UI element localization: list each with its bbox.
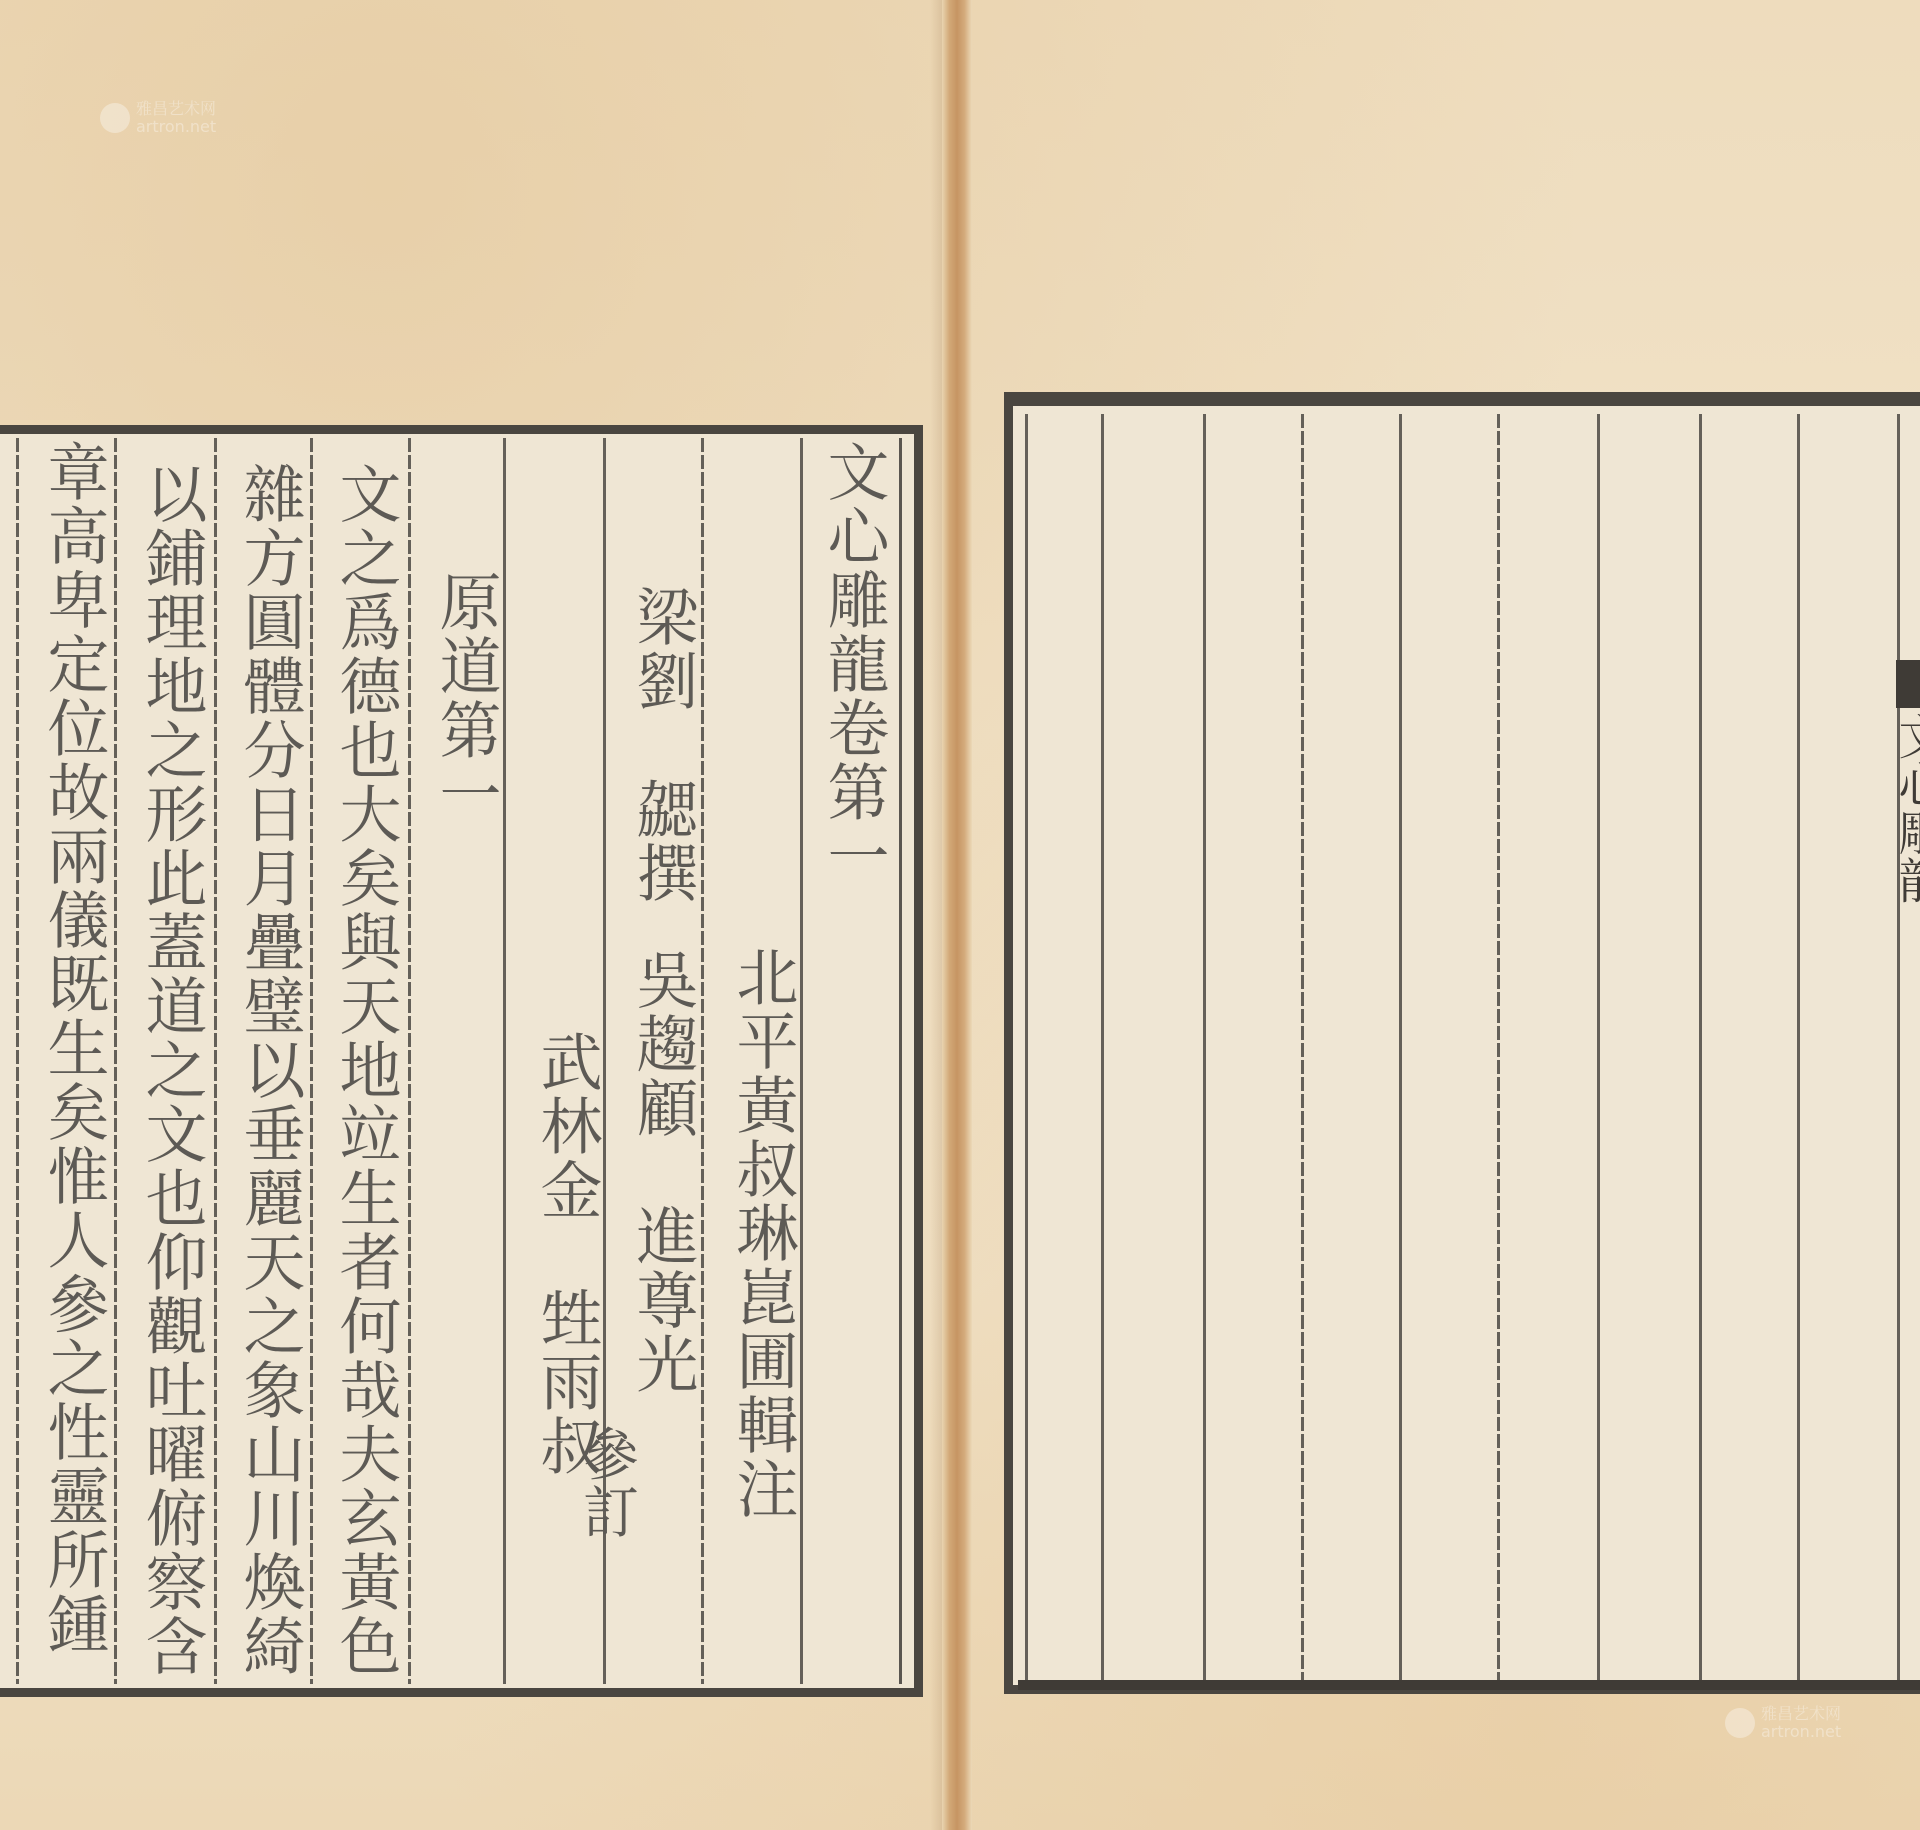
fold-text: 文心雕龍 [1894, 712, 1920, 904]
body-text-column: 文之爲德也大矣與天地竝生者何哉夫玄黃色 [334, 462, 396, 1678]
column-rule [1597, 414, 1600, 1681]
watermark-logo-icon [1725, 1708, 1755, 1738]
column-rule [16, 438, 19, 1684]
watermark-top-left: 雅昌艺术网 artron.net [100, 100, 216, 136]
gutter-shadow [930, 0, 942, 1830]
collator-credit-1: 吳趨顧 進尊光 [631, 948, 693, 1396]
column-rule [1301, 414, 1304, 1681]
volume-title: 文心雕龍卷第一 [822, 440, 884, 888]
left-page: 文心雕龍卷第一 北平黃叔琳崑圃輯注 梁劉 勰撰 吳趨顧 進尊光 武林金 甡雨叔 … [0, 0, 945, 1830]
right-frame-bottom-border [1018, 1680, 1920, 1690]
book-gutter [942, 0, 972, 1830]
collator-credit-2: 武林金 甡雨叔 [535, 1030, 597, 1478]
watermark-logo-icon [100, 103, 130, 133]
column-rule [408, 438, 411, 1684]
watermark-subtext: artron.net [136, 117, 216, 136]
column-rule [1203, 414, 1206, 1681]
body-text-column: 以鋪理地之形此蓋道之文也仰觀吐曜俯察含 [140, 462, 202, 1678]
column-rule [1101, 414, 1104, 1681]
column-rule [214, 438, 217, 1684]
chapter-title: 原道第一 [434, 570, 496, 826]
column-rule [503, 438, 506, 1684]
column-rule [701, 438, 704, 1684]
column-rule [800, 438, 803, 1684]
body-text-column: 雜方圓體分日月疊璧以垂麗天之象山川煥綺 [238, 462, 300, 1678]
column-rule [1399, 414, 1402, 1681]
author-credit: 梁劉 勰撰 [631, 585, 693, 905]
right-block-frame [1004, 392, 1920, 1694]
column-rule [1699, 414, 1702, 1681]
column-rule [114, 438, 117, 1684]
watermark-text: 雅昌艺术网 [136, 99, 216, 118]
fold-text-clip: 文心雕龍 [1892, 650, 1920, 1010]
body-text-column: 章高卑定位故兩儀既生矣惟人參之性靈所鍾 [42, 440, 104, 1656]
column-rule [1797, 414, 1800, 1681]
frame-inner-line [899, 438, 902, 1684]
column-rule [1897, 414, 1900, 1681]
column-rule [310, 438, 313, 1684]
editor-credit: 北平黃叔琳崑圃輯注 [731, 945, 793, 1521]
column-rule [1025, 414, 1028, 1681]
watermark-bottom-right: 雅昌艺术网 artron.net [1725, 1705, 1841, 1741]
collation-note: 參訂 [578, 1425, 634, 1541]
book-spread: 文心雕龍卷第一 北平黃叔琳崑圃輯注 梁劉 勰撰 吳趨顧 進尊光 武林金 甡雨叔 … [0, 0, 1920, 1830]
watermark-text: 雅昌艺术网 [1761, 1704, 1841, 1723]
column-rule [1497, 414, 1500, 1681]
watermark-subtext: artron.net [1761, 1722, 1841, 1741]
